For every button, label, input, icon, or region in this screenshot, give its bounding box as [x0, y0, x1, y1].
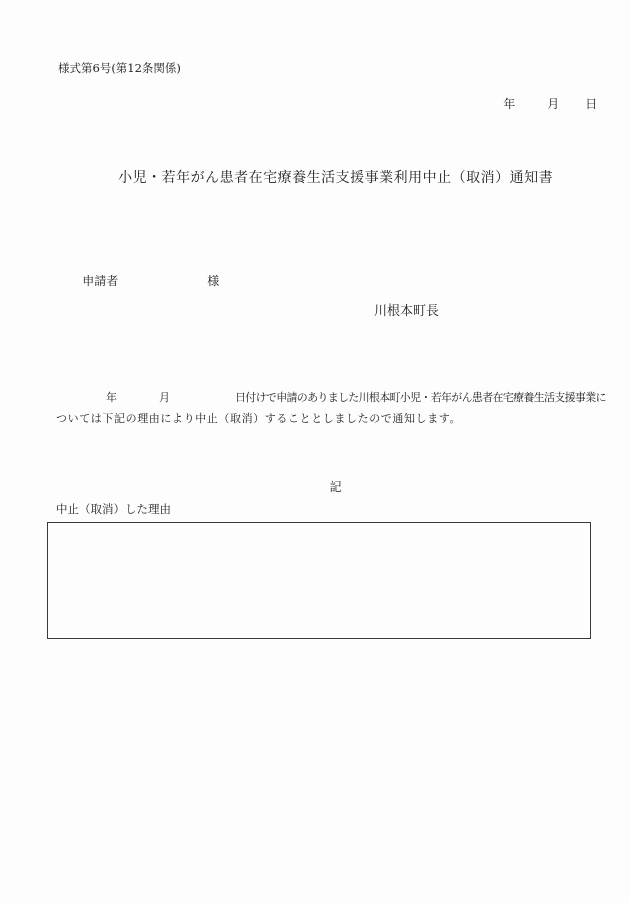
applicant-label: 申請者 [82, 274, 118, 288]
header-date-day-label: 日 [585, 97, 597, 111]
reason-box [47, 522, 591, 639]
form-number: 様式第6号(第12条関係) [58, 61, 181, 75]
document-page: 様式第6号(第12条関係) 年月日 小児・若年がん患者在宅療養生活支援事業利用中… [0, 0, 630, 903]
document-title: 小児・若年がん患者在宅療養生活支援事業利用中止（取消）通知書 [118, 170, 553, 186]
body-line-1-text: 日付けで申請のありました川根本町小児・若年がん患者在宅療養生活支援事業に [235, 391, 606, 404]
reason-label: 中止（取消）した理由 [56, 502, 171, 516]
header-date-line: 年月日 [488, 82, 597, 127]
body-line-2: ついては下記の理由により中止（取消）することとしましたので通知します。 [56, 412, 461, 426]
applicant-honorific: 様 [207, 274, 219, 288]
sender-name: 川根本町長 [374, 304, 439, 320]
body-date-month-label: 月 [159, 391, 170, 404]
record-marker: 記 [330, 480, 342, 494]
header-date-year-label: 年 [503, 97, 515, 111]
body-date-year-label: 年 [106, 391, 117, 404]
applicant-line: 申請者様 [67, 259, 219, 304]
header-date-month-label: 月 [547, 97, 559, 111]
title-row: 小児・若年がん患者在宅療養生活支援事業利用中止（取消）通知書 [56, 147, 595, 208]
